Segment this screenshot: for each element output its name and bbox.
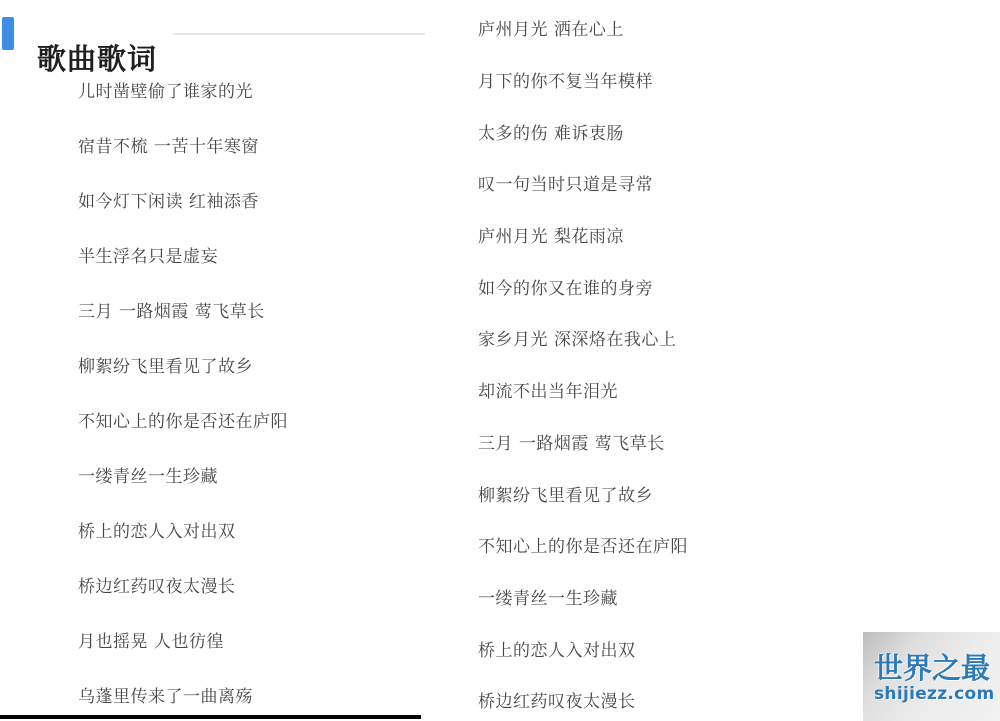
lyric-line: 月也摇晃 人也彷徨 (78, 612, 288, 667)
lyrics-column-right: 庐州月光 洒在心上月下的你不复当年模样太多的伤 难诉衷肠叹一句当时只道是寻常庐州… (478, 2, 688, 721)
section-marker-bar (2, 17, 14, 50)
lyric-line: 乌蓬里传来了一曲离殇 (78, 667, 288, 721)
lyric-line: 柳絮纷飞里看见了故乡 (78, 337, 288, 392)
lyrics-page: 歌曲歌词 儿时凿壁偷了谁家的光宿昔不梳 一苦十年寒窗如今灯下闲读 红袖添香半生浮… (0, 0, 1000, 721)
lyric-line: 半生浮名只是虚妄 (78, 227, 288, 282)
lyric-line: 叹一句当时只道是寻常 (478, 157, 688, 209)
lyric-line: 一缕青丝一生珍藏 (478, 571, 688, 623)
lyric-line: 不知心上的你是否还在庐阳 (78, 392, 288, 447)
lyric-line: 太多的伤 难诉衷肠 (478, 105, 688, 157)
lyric-line: 桥边红药叹夜太漫长 (78, 557, 288, 612)
lyric-line: 儿时凿壁偷了谁家的光 (78, 62, 288, 117)
lyric-line: 家乡月光 深深烙在我心上 (478, 312, 688, 364)
lyric-line: 三月 一路烟霞 莺飞草长 (78, 282, 288, 337)
lyric-line: 庐州月光 洒在心上 (478, 2, 688, 54)
lyric-line: 一缕青丝一生珍藏 (78, 447, 288, 502)
lyric-line: 却流不出当年泪光 (478, 364, 688, 416)
lyric-line: 不知心上的你是否还在庐阳 (478, 519, 688, 571)
lyric-line: 柳絮纷飞里看见了故乡 (478, 467, 688, 519)
lyrics-column-left: 儿时凿壁偷了谁家的光宿昔不梳 一苦十年寒窗如今灯下闲读 红袖添香半生浮名只是虚妄… (78, 62, 288, 721)
site-watermark-logo: 世界之最 (874, 653, 1000, 685)
lyric-line: 桥边红药叹夜太漫长 (478, 674, 688, 721)
site-watermark: 世界之最 shijiezz.com (863, 632, 1000, 721)
lyric-line: 桥上的恋人入对出双 (78, 502, 288, 557)
bottom-divider-line (0, 715, 421, 719)
lyric-line: 宿昔不梳 一苦十年寒窗 (78, 117, 288, 172)
lyric-line: 桥上的恋人入对出双 (478, 622, 688, 674)
lyric-line: 庐州月光 梨花雨凉 (478, 209, 688, 261)
title-divider-line (173, 33, 425, 35)
lyric-line: 三月 一路烟霞 莺飞草长 (478, 416, 688, 468)
lyric-line: 如今的你又在谁的身旁 (478, 260, 688, 312)
lyric-line: 如今灯下闲读 红袖添香 (78, 172, 288, 227)
lyric-line: 月下的你不复当年模样 (478, 54, 688, 106)
site-watermark-domain: shijiezz.com (874, 684, 1000, 704)
